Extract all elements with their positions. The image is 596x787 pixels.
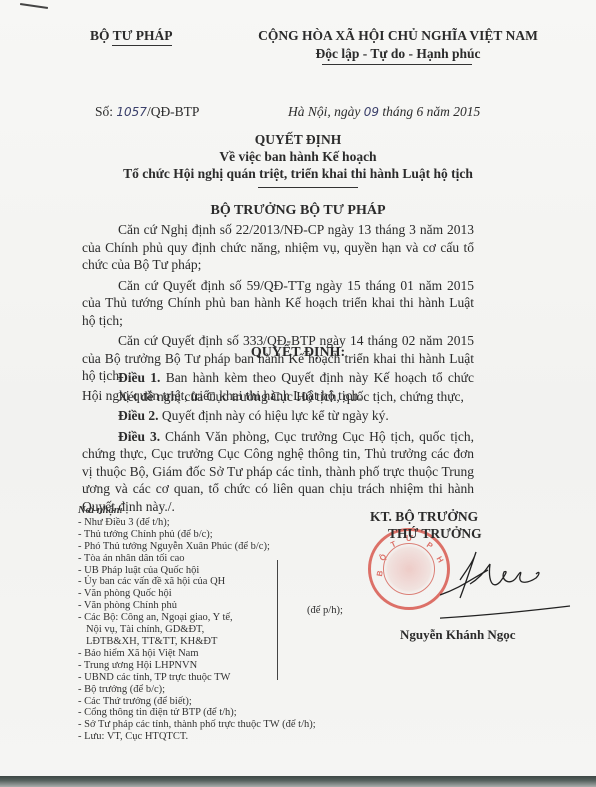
recipient-item: - Các Thứ trưởng (để biết); [78, 696, 316, 708]
recipients-bracket [277, 560, 278, 680]
recipient-item: - Như Điều 3 (để t/h); [78, 517, 316, 529]
recipient-item: - Trung ương Hội LHPNVN [78, 660, 316, 672]
recipient-item: - Văn phòng Chính phủ [78, 600, 316, 612]
motto-underline [322, 64, 472, 65]
article-label: Điều 2. [118, 408, 159, 423]
stamp-text: B [375, 570, 385, 577]
document-subject-2: Tổ chức Hội nghị quán triệt, triển khai … [0, 166, 596, 182]
recipients-heading: Nơi nhận: [78, 505, 316, 517]
issuer-heading: BỘ TRƯỞNG BỘ TƯ PHÁP [0, 203, 596, 219]
doc-number-handwritten: 1057 [116, 105, 147, 119]
recipient-item: - Sở Tư pháp các tỉnh, thành phố trực th… [78, 719, 316, 731]
organization-underline [112, 45, 172, 46]
document-number: Số: 1057/QĐ-BTP [95, 104, 199, 120]
recipient-item: - Phó Thủ tướng Nguyễn Xuân Phúc (để b/c… [78, 541, 316, 553]
date-suffix: tháng 6 năm 2015 [379, 104, 480, 119]
national-title: CỘNG HÒA XÃ HỘI CHỦ NGHĨA VIỆT NAM [248, 28, 548, 44]
date-prefix: Hà Nội, ngày [288, 104, 364, 119]
preamble-paragraph: Căn cứ Quyết định số 59/QĐ-TTg ngày 15 t… [82, 277, 474, 330]
national-motto: Độc lập - Tự do - Hạnh phúc [248, 46, 548, 62]
article-label: Điều 1. [118, 370, 160, 385]
doc-number-prefix: Số: [95, 104, 116, 119]
title-underline [258, 187, 358, 188]
document-type: QUYẾT ĐỊNH [0, 132, 596, 148]
recipients-list: Nơi nhận: - Như Điều 3 (để t/h); - Thủ t… [78, 505, 316, 743]
article-1: Điều 1. Ban hành kèm theo Quyết định này… [82, 369, 474, 404]
stamp-emblem-icon [383, 543, 435, 595]
recipient-item: - Các Bộ: Công an, Ngoại giao, Y tế, Nội… [78, 612, 238, 648]
preamble-paragraph: Căn cứ Nghị định số 22/2013/NĐ-CP ngày 1… [82, 221, 474, 274]
scan-mark [20, 3, 48, 9]
recipient-item: - UBND các tỉnh, TP trực thuộc TW [78, 672, 316, 684]
recipient-item: - Thủ tướng Chính phủ (để b/c); [78, 529, 316, 541]
document-page: BỘ TƯ PHÁP CỘNG HÒA XÃ HỘI CHỦ NGHĨA VIỆ… [0, 0, 596, 776]
scanner-edge [0, 776, 596, 787]
recipient-item: - Bộ trưởng (để b/c); [78, 684, 316, 696]
recipient-item: - Lưu: VT, Cục HTQTCT. [78, 731, 316, 743]
bracket-note: (để p/h); [307, 605, 343, 616]
recipient-item: - UB Pháp luật của Quốc hội [78, 565, 316, 577]
article-label: Điều 3. [118, 429, 160, 444]
article-text: Quyết định này có hiệu lực kể từ ngày ký… [159, 408, 389, 423]
signer-title-2: THỨ TRƯỞNG [388, 526, 482, 542]
recipient-item: - Ủy ban các vấn đề xã hội của QH [78, 576, 316, 588]
date-day-handwritten: 09 [364, 105, 379, 119]
article-3: Điều 3. Chánh Văn phòng, Cục trưởng Cục … [82, 428, 474, 516]
decision-heading: QUYẾT ĐỊNH: [0, 345, 596, 361]
document-subject-1: Về việc ban hành Kế hoạch [0, 149, 596, 165]
issuing-organization: BỘ TƯ PHÁP [90, 28, 173, 44]
articles: Điều 1. Ban hành kèm theo Quyết định này… [82, 369, 474, 518]
signer-name: Nguyễn Khánh Ngọc [400, 627, 516, 643]
article-2: Điều 2. Quyết định này có hiệu lực kể từ… [82, 407, 474, 425]
recipient-item: - Bảo hiểm Xã hội Việt Nam [78, 648, 316, 660]
handwritten-signature-icon [440, 550, 580, 620]
recipient-item: - Cổng thông tin điện tử BTP (để t/h); [78, 707, 316, 719]
signer-title-1: KT. BỘ TRƯỞNG [370, 509, 478, 525]
date-line: Hà Nội, ngày 09 tháng 6 năm 2015 [288, 104, 480, 120]
doc-number-suffix: /QĐ-BTP [147, 104, 200, 119]
recipient-item: - Văn phòng Quốc hội [78, 588, 316, 600]
recipient-item: - Tòa án nhân dân tối cao [78, 553, 316, 565]
